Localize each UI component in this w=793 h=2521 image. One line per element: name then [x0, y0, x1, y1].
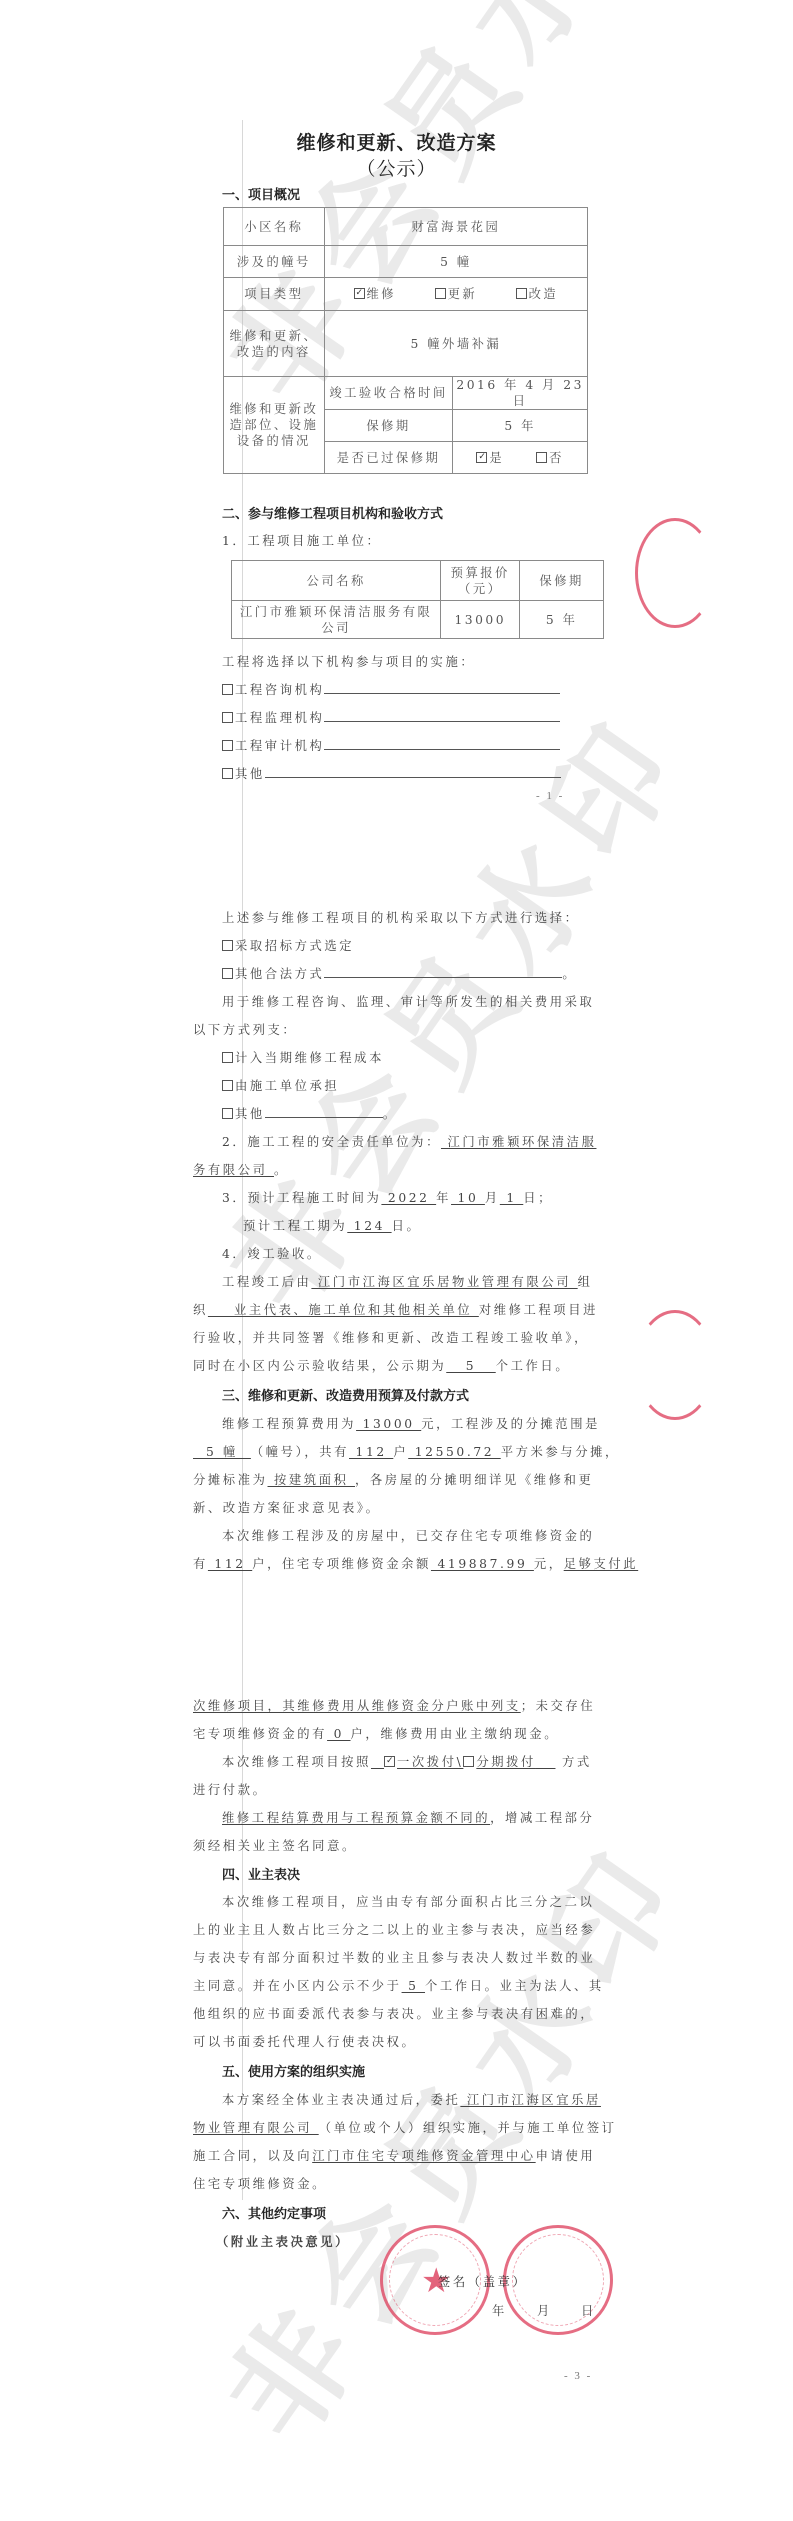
text: 本次维修工程项目按照 — [222, 1755, 371, 1769]
sufficiency-text: 足够支付此 — [564, 1557, 639, 1571]
building-number: 5 幢 — [193, 1445, 251, 1459]
budget-amount: 13000 — [356, 1417, 421, 1431]
expired-no-label: 否 — [549, 451, 564, 465]
text: 施工合同，以及向 — [193, 2149, 312, 2163]
checkbox-renovate[interactable] — [516, 288, 527, 299]
publicity-days: 5 — [446, 1359, 495, 1373]
allocation-standard: 按建筑面积 — [268, 1473, 356, 1487]
text: 织 — [193, 1303, 208, 1317]
text: 元， — [534, 1557, 564, 1571]
expired-label: 是否已过保修期 — [324, 442, 453, 474]
fees-intro-cont: 以下方式列支： — [193, 1020, 297, 1038]
signature-label: 签名（盖章） — [438, 2272, 527, 2290]
start-year: 2022 — [381, 1191, 436, 1205]
company-cell: 江门市雅颖环保清洁服务有限 公司 — [232, 601, 441, 639]
text: 个工作日。业主为法人、其 — [425, 1979, 604, 1993]
impl-para-4: 住宅专项维修资金。 — [193, 2174, 327, 2192]
org-consulting: 工程咨询机构 — [222, 680, 560, 698]
building-value: 5 幢 — [324, 246, 587, 278]
vote-line-2: 上的业主且人数占比三分之二以上的业主参与表决，应当经参 — [193, 1920, 595, 1938]
paid-households: 112 — [208, 1557, 252, 1571]
text: 户，维修费用由业主缴纳现金。 — [351, 1727, 560, 1741]
acceptance-para-3: 行验收，并共同签署《维修和更新、改造工程竣工验收单》， — [193, 1328, 589, 1346]
duration-days: 124 — [347, 1219, 391, 1233]
start-month: 10 — [451, 1191, 485, 1205]
org-label: 工程咨询机构 — [235, 683, 324, 697]
section6-heading: 六、其他约定事项 — [222, 2203, 326, 2222]
text: ，各房屋的分摊明细详见《维修和更 — [355, 1473, 593, 1487]
acceptance-value: 2016 年 4 月 23 日 — [453, 377, 588, 410]
fee-option-contractor: 由施工单位承担 — [222, 1076, 339, 1094]
project-overview-table: 小区名称 财富海景花园 涉及的幢号 5 幢 项目类型 维修 更新 改造 维修和更… — [223, 207, 588, 474]
lump-sum-label: 一次拨付\ — [397, 1755, 463, 1769]
text: 个工作日。 — [496, 1359, 571, 1373]
document-subtitle: （公示） — [0, 154, 793, 181]
text: 申请使用 — [536, 2149, 596, 2163]
facility-label: 维修和更新改 造部位、设施 设备的情况 — [224, 377, 325, 474]
header-budget-unit: （元） — [441, 581, 519, 597]
company-name-line: 公司 — [232, 620, 440, 636]
text: 主同意。并在小区内公示不少于 — [193, 1979, 402, 1993]
org-other: 其他 — [222, 764, 561, 782]
fund-source-text: 次维修项目，其维修费用从维修资金分户账中列支 — [193, 1699, 521, 1713]
warranty-label: 保修期 — [324, 410, 453, 442]
impl-para-2: 物业管理有限公司 （单位或个人）组织实施，并与施工单位签订 — [193, 2118, 617, 2136]
header-budget: 预算报价 （元） — [441, 561, 520, 601]
selection-other: 其他合法方式。 — [222, 964, 577, 982]
unit: 月 — [485, 1191, 500, 1205]
text: （幢号），共有 — [251, 1445, 349, 1459]
section2-heading: 二、参与维修工程项目机构和验收方式 — [222, 503, 443, 522]
community-label: 小区名称 — [224, 208, 325, 246]
fund-center: 江门市住宅专项维修资金管理中心 — [312, 2149, 535, 2163]
checkbox-other-legal[interactable] — [222, 968, 233, 979]
date-month: 月 — [537, 2301, 552, 2319]
selection-intro: 上述参与维修工程项目的机构采取以下方式进行选择： — [222, 908, 580, 926]
header-budget-line: 预算报价 — [441, 565, 519, 581]
header-warranty: 保修期 — [520, 561, 604, 601]
option-label: 计入当期维修工程成本 — [235, 1051, 384, 1065]
content-label: 维修和更新、 改造的内容 — [224, 311, 325, 377]
type-update-label: 更新 — [448, 287, 478, 301]
period: 。 — [274, 1163, 289, 1177]
date-day: 日 — [581, 2301, 596, 2319]
text: （单位或个人）组织实施，并与施工单位签订 — [319, 2121, 617, 2135]
unit: 年 — [436, 1191, 451, 1205]
checkbox-repair[interactable] — [354, 288, 365, 299]
implementing-org: 江门市江海区宜乐居 — [460, 2093, 601, 2107]
fund-para-3: 次维修项目，其维修费用从维修资金分户账中列支；未交存住 — [193, 1696, 595, 1714]
page-number-3: - 3 - — [564, 2370, 592, 2382]
blank-line[interactable] — [265, 1106, 383, 1118]
blank-line[interactable] — [324, 738, 560, 750]
header-company: 公司名称 — [232, 561, 441, 601]
facility-label-line: 设备的情况 — [224, 433, 324, 449]
fund-para-4: 宅专项维修资金的有 0 户，维修费用由业主缴纳现金。 — [193, 1724, 559, 1742]
fee-option-other: 其他。 — [222, 1104, 398, 1122]
vote-line-4: 主同意。并在小区内公示不少于 5 个工作日。业主为法人、其 — [193, 1976, 604, 1994]
duration-prefix: 预计工程工期为 — [243, 1219, 347, 1233]
table-row: 江门市雅颖环保清洁服务有限 公司 13000 5 年 — [232, 601, 604, 639]
acceptance-parties: 业主代表、施工单位和其他相关单位 — [208, 1303, 479, 1317]
text: 户，住宅专项维修资金余额 — [252, 1557, 431, 1571]
building-label: 涉及的幢号 — [224, 246, 325, 278]
content-label-line: 改造的内容 — [224, 344, 324, 360]
budget-para-3: 分摊标准为 按建筑面积 ，各房屋的分摊明细详见《维修和更 — [193, 1470, 593, 1488]
checkbox-supervision[interactable] — [222, 712, 233, 723]
type-renovate-label: 改造 — [529, 287, 559, 301]
unit: 日； — [523, 1191, 553, 1205]
text: 方式 — [562, 1755, 592, 1769]
impl-para-1: 本方案经全体业主表决通过后，委托 江门市江海区宜乐居 — [222, 2090, 601, 2108]
text: ；未交存住 — [521, 1699, 596, 1713]
text: 本方案经全体业主表决通过后，委托 — [222, 2093, 460, 2107]
acceptance-org: 江门市江海区宜乐居物业管理有限公司 — [311, 1275, 577, 1289]
budget-cell: 13000 — [441, 601, 520, 639]
vote-line-1: 本次维修工程项目，应当由专有部分面积占比三分之二以 — [222, 1892, 594, 1910]
blank-line[interactable] — [324, 966, 562, 978]
settlement-para-1: 维修工程结算费用与工程预算金额不同的，增减工程部分 — [222, 1808, 594, 1826]
fund-para-2: 有 112 户，住宅专项维修资金余额 419887.99 元，足够支付此 — [193, 1554, 638, 1572]
impl-para-3: 施工合同，以及向江门市住宅专项维修资金管理中心申请使用 — [193, 2146, 595, 2164]
unpaid-households: 0 — [327, 1727, 350, 1741]
checkbox-fee-contractor[interactable] — [222, 1080, 233, 1091]
facility-label-line: 维修和更新改 — [224, 401, 324, 417]
attachment-note: （附业主表决意见） — [216, 2232, 350, 2250]
text: 户 — [393, 1445, 408, 1459]
blank-line[interactable] — [324, 682, 560, 694]
period: 。 — [383, 1107, 398, 1121]
document-title: 维修和更新、改造方案 — [0, 128, 793, 155]
checkbox-fee-other[interactable] — [222, 1108, 233, 1119]
section3-heading: 三、维修和更新、改造费用预算及付款方式 — [222, 1385, 469, 1404]
text: 宅专项维修资金的有 — [193, 1727, 327, 1741]
section5-heading: 五、使用方案的组织实施 — [222, 2061, 365, 2080]
text: 有 — [193, 1557, 208, 1571]
org-label: 工程监理机构 — [235, 711, 324, 725]
household-count: 112 — [349, 1445, 393, 1459]
type-options: 维修 更新 改造 — [324, 278, 587, 311]
vote-line-6: 可以书面委托代理人行使表决权。 — [193, 2032, 416, 2050]
warranty-cell: 5 年 — [520, 601, 604, 639]
edge-stamp — [635, 518, 715, 628]
checkbox-expired-no[interactable] — [536, 452, 547, 463]
vote-line-5: 他组织的应书面委派代表参与表决。业主参与表决有困难的， — [193, 2004, 595, 2022]
implementing-org: 物业管理有限公司 — [193, 2121, 319, 2135]
item3-text: 3．预计工程施工时间为 2022 年 10 月 1 日； — [222, 1188, 553, 1206]
vote-publicity-days: 5 — [402, 1979, 425, 1993]
fund-balance: 419887.99 — [431, 1557, 534, 1571]
safety-unit-value: 江门市雅颖环保清洁服 — [441, 1135, 596, 1149]
section1-heading: 一、项目概况 — [222, 184, 300, 203]
safety-unit-value: 务有限公司 — [193, 1163, 274, 1177]
period: 。 — [562, 967, 577, 981]
checkbox-fee-cost[interactable] — [222, 1052, 233, 1063]
text: 维修工程预算费用为 — [222, 1417, 356, 1431]
item2-text-cont: 务有限公司 。 — [193, 1160, 289, 1178]
text: 元，工程涉及的分摊范围是 — [421, 1417, 600, 1431]
blank-line[interactable] — [324, 710, 560, 722]
text: ，增减工程部分 — [490, 1811, 594, 1825]
item2-text: 2．施工工程的安全责任单位为： 江门市雅颖环保清洁服 — [222, 1132, 596, 1150]
warranty-value: 5 年 — [453, 410, 588, 442]
page-number-1: - 1 - — [536, 790, 564, 802]
org-supervision: 工程监理机构 — [222, 708, 560, 726]
option-label: 采取招标方式选定 — [235, 939, 354, 953]
payment-para-1: 本次维修工程项目按照 一次拨付\分期拨付 方式 — [222, 1752, 592, 1770]
selection-bidding: 采取招标方式选定 — [222, 936, 354, 954]
checkbox-lump-sum[interactable] — [384, 1756, 395, 1767]
installment-label: 分期拨付 — [476, 1755, 536, 1769]
checkbox-other-org[interactable] — [222, 768, 233, 779]
checkbox-audit[interactable] — [222, 740, 233, 751]
fee-option-cost: 计入当期维修工程成本 — [222, 1048, 384, 1066]
acceptance-label: 竣工验收合格时间 — [324, 377, 453, 410]
checkbox-update[interactable] — [435, 288, 446, 299]
item4-text: 4．竣工验收。 — [222, 1244, 322, 1262]
date-year: 年 — [492, 2301, 507, 2319]
org-label: 其他 — [235, 767, 265, 781]
payment-para-2: 进行付款。 — [193, 1780, 268, 1798]
text: 平方米参与分摊， — [501, 1445, 620, 1459]
vote-line-3: 与表决专有部分面积过半数的业主且参与表决人数过半数的业 — [193, 1948, 595, 1966]
expired-yes-label: 是 — [489, 451, 504, 465]
orgs-intro: 工程将选择以下机构参与项目的实施： — [222, 652, 475, 670]
checkbox-bidding[interactable] — [222, 940, 233, 951]
fund-para-1: 本次维修工程涉及的房屋中，已交存住宅专项维修资金的 — [222, 1526, 594, 1544]
company-name-line: 江门市雅颖环保清洁服务有限 — [232, 604, 440, 620]
content-label-line: 维修和更新、 — [224, 328, 324, 344]
budget-para-4: 新、改造方案征求意见表》。 — [193, 1498, 381, 1516]
fees-intro: 用于维修工程咨询、监理、审计等所发生的相关费用采取 — [222, 992, 594, 1010]
edge-stamp — [635, 1310, 715, 1420]
checkbox-installment[interactable] — [463, 1756, 474, 1767]
content-value: 5 幢外墙补漏 — [324, 311, 587, 377]
type-label: 项目类型 — [224, 278, 325, 311]
acceptance-para-1: 工程竣工后由 江门市江海区宜乐居物业管理有限公司 组 — [222, 1272, 593, 1290]
text: 工程竣工后由 — [222, 1275, 311, 1289]
type-repair-label: 维修 — [367, 287, 397, 301]
settlement-para-2: 须经相关业主签名同意。 — [193, 1836, 357, 1854]
item3-duration: 预计工程工期为 124 日。 — [243, 1216, 421, 1234]
item1-text: 1．工程项目施工单位： — [222, 531, 381, 549]
blank-line[interactable] — [265, 766, 561, 778]
option-label: 其他合法方式 — [235, 967, 324, 981]
area-value: 12550.72 — [408, 1445, 501, 1459]
item2-prefix: 2．施工工程的安全责任单位为： — [222, 1135, 441, 1149]
section4-heading: 四、业主表决 — [222, 1864, 300, 1883]
payment-options: 一次拨付\分期拨付 — [371, 1755, 556, 1769]
settlement-text: 维修工程结算费用与工程预算金额不同的 — [222, 1811, 490, 1825]
checkbox-consulting[interactable] — [222, 684, 233, 695]
item3-prefix: 3．预计工程施工时间为 — [222, 1191, 381, 1205]
community-value: 财富海景花园 — [324, 208, 587, 246]
text: 组 — [578, 1275, 593, 1289]
acceptance-para-2: 织 业主代表、施工单位和其他相关单位 对维修工程项目进 — [193, 1300, 598, 1318]
contractor-table: 公司名称 预算报价 （元） 保修期 江门市雅颖环保清洁服务有限 公司 13000… — [231, 560, 604, 639]
option-label: 由施工单位承担 — [235, 1079, 339, 1093]
budget-para-1: 维修工程预算费用为 13000 元，工程涉及的分摊范围是 — [222, 1414, 600, 1432]
org-audit: 工程审计机构 — [222, 736, 560, 754]
expired-options: 是 否 — [453, 442, 588, 474]
facility-label-line: 造部位、设施 — [224, 417, 324, 433]
acceptance-para-4: 同时在小区内公示验收结果，公示期为 5 个工作日。 — [193, 1356, 570, 1374]
text: 对维修工程项目进 — [479, 1303, 598, 1317]
org-label: 工程审计机构 — [235, 739, 324, 753]
start-day: 1 — [500, 1191, 523, 1205]
budget-para-2: 5 幢 （幢号），共有 112 户 12550.72 平方米参与分摊， — [193, 1442, 620, 1460]
checkbox-expired-yes[interactable] — [476, 452, 487, 463]
text: 分摊标准为 — [193, 1473, 268, 1487]
text: 同时在小区内公示验收结果，公示期为 — [193, 1359, 446, 1373]
option-label: 其他 — [235, 1107, 265, 1121]
unit: 日。 — [392, 1219, 422, 1233]
